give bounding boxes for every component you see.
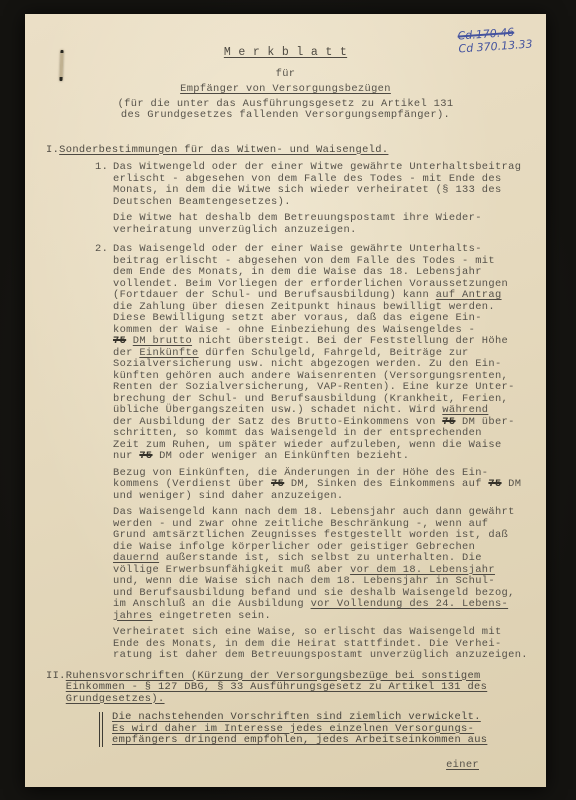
document-page: Cd.170.46 Cd 370.13.33 M e r k b l a t t… xyxy=(25,14,546,787)
text-run: und Berufsausbildung befand und sie desh… xyxy=(113,587,515,599)
text-line: Sonderbestimmungen für das Witwen- und W… xyxy=(59,145,546,157)
paragraph: Das Waisengeld kann nach dem 18. Lebensj… xyxy=(113,507,546,622)
underlined-text: empfängers dringend empfohlen, jedes Arb… xyxy=(112,734,487,746)
text-run: Das Waisengeld kann nach dem 18. Lebensj… xyxy=(113,506,515,518)
text-run: Renten der Sozialversicherung, VAP-Rente… xyxy=(113,381,515,393)
title-recipients-line: Empfänger von Versorgungsbezügen xyxy=(180,83,391,95)
text-run: DM, Sinken des Einkommens auf xyxy=(284,478,488,490)
overstruck-amount: 75 xyxy=(139,450,152,462)
text-run: Die Witwe hat deshalb dem Betreuungspost… xyxy=(113,212,482,224)
document-title: M e r k b l a t t xyxy=(224,46,347,59)
underlined-text: einer xyxy=(446,759,479,771)
text-run: Zeit zum Ruhen, um später wieder aufzule… xyxy=(113,439,502,451)
text-line: ratung ist daher dem Betreuungspostamt u… xyxy=(113,650,546,662)
text-line: Grundgesetzes). xyxy=(66,694,546,706)
underlined-text: DM brutto xyxy=(133,335,192,347)
text-run: schritten, so kommt das Waisengeld in de… xyxy=(113,427,482,439)
text-line: empfängers dringend empfohlen, jedes Arb… xyxy=(112,735,546,747)
title-line-fuer: für xyxy=(25,69,546,81)
text-run xyxy=(126,335,133,347)
text-run: brechung der Schul- und Berufsausbildung… xyxy=(113,393,508,405)
paragraph: Bezug von Einkünften, die Änderungen in … xyxy=(113,468,546,503)
section-heading-text: Ruhensvorschriften (Kürzung der Versorgu… xyxy=(66,671,546,706)
text-run: beitrag erlischt - abgesehen von dem Fal… xyxy=(113,255,495,267)
section-heading: II.Ruhensvorschriften (Kürzung der Verso… xyxy=(25,671,546,706)
text-run: und, wenn die Waise sich nach dem 18. Le… xyxy=(113,575,495,587)
text-run: künften gehören auch andere Waisenrenten… xyxy=(113,370,508,382)
text-run: Monats, in dem die Witwe sich wieder ver… xyxy=(113,184,502,196)
text-run: der xyxy=(113,347,139,359)
text-run: erlischt - abgesehen von dem Falle des T… xyxy=(113,173,502,185)
text-run: eingetreten sein. xyxy=(153,610,272,622)
document-header: M e r k b l a t t für Empfänger von Vers… xyxy=(25,47,546,122)
text-run: vollendet. Beim Vorliegen der erforderli… xyxy=(113,278,508,290)
text-run: dem Ende des Monats, in dem die Waise da… xyxy=(113,266,482,278)
text-run: übliche Übergangszeiten usw.) schadet ni… xyxy=(113,404,442,416)
text-run: nur xyxy=(113,450,139,462)
text-line: jahres eingetreten sein. xyxy=(113,611,546,623)
document-content: M e r k b l a t t für Empfänger von Vers… xyxy=(25,14,546,771)
text-run: (Fortdauer der Schul- und Berufsausbildu… xyxy=(113,289,436,301)
paragraph: Verheiratet sich eine Waise, so erlischt… xyxy=(113,627,546,662)
underlined-text: jahres xyxy=(113,610,153,622)
text-run: Das Waisengeld oder der einer Waise gewä… xyxy=(113,243,482,255)
text-run: der Ausbildung der Satz des Brutto-Einko… xyxy=(113,416,442,428)
text-line: und weniger) sind daher anzuzeigen. xyxy=(113,491,546,503)
paragraph: Das Witwengeld oder der einer Witwe gewä… xyxy=(113,162,546,208)
text-run: im Anschluß an die Ausbildung xyxy=(113,598,311,610)
text-run: Ende des Monats, in dem die Heirat statt… xyxy=(113,638,502,650)
underlined-text: dauernd xyxy=(113,552,159,564)
emphasized-notice-block: Die nachstehenden Vorschriften sind ziem… xyxy=(99,712,546,747)
text-run: DM oder weniger an Einkünften bezieht. xyxy=(153,450,410,462)
text-run: ratung ist daher dem Betreuungspostamt u… xyxy=(113,649,528,661)
scan-background: Cd.170.46 Cd 370.13.33 M e r k b l a t t… xyxy=(0,0,576,800)
text-run: DM xyxy=(502,478,522,490)
item-body: Das Witwengeld oder der einer Witwe gewä… xyxy=(113,162,546,236)
item-number: 1. xyxy=(95,162,113,236)
text-run: dürfen Schulgeld, Fahrgeld, Beiträge zur xyxy=(199,347,469,359)
text-run: Bezug von Einkünften, die Änderungen in … xyxy=(113,467,488,479)
text-run: völlige Erwerbsunfähigkeit muß aber xyxy=(113,564,350,576)
text-line: Deutschen Beamtengesetzes). xyxy=(113,197,546,209)
text-run: werden - und zwar ohne zeitliche Beschrä… xyxy=(113,518,488,530)
text-run: Diese Bewilligung setzt aber voraus, daß… xyxy=(113,312,482,324)
text-run: Das Witwengeld oder der einer Witwe gewä… xyxy=(113,161,521,173)
numbered-item: 2.Das Waisengeld oder der einer Waise ge… xyxy=(95,244,546,662)
text-run: die Zahlung über diesen Zeitpunkt hinaus… xyxy=(113,301,495,313)
overstruck-amount: 75 xyxy=(113,335,126,347)
text-line: einer xyxy=(25,760,479,772)
underlined-text: vor dem 18. Lebensjahr xyxy=(350,564,495,576)
overstruck-amount: 75 xyxy=(442,416,455,428)
text-line: verheiratung unverzüglich anzuzeigen. xyxy=(113,225,546,237)
title-subtitle-line-2: des Grundgesetzes fallenden Versorgungse… xyxy=(25,110,546,122)
paragraph: Die Witwe hat deshalb dem Betreuungspost… xyxy=(113,213,546,236)
text-run: DM über- xyxy=(455,416,514,428)
section-numeral: II. xyxy=(25,671,66,706)
text-run: nicht übersteigt. Bei der Feststellung d… xyxy=(192,335,508,347)
text-run: die Waise infolge körperlicher oder geis… xyxy=(113,541,475,553)
underlined-text: Die nachstehenden Vorschriften sind ziem… xyxy=(112,711,481,723)
section-heading: I.Sonderbestimmungen für das Witwen- und… xyxy=(25,145,546,157)
text-run: Deutschen Beamtengesetzes). xyxy=(113,196,291,208)
numbered-item: 1.Das Witwengeld oder der einer Witwe ge… xyxy=(95,162,546,236)
item-number: 2. xyxy=(95,244,113,662)
underlined-text: Sonderbestimmungen für das Witwen- und W… xyxy=(59,144,388,156)
catchword: einer xyxy=(25,760,546,772)
item-body: Das Waisengeld oder der einer Waise gewä… xyxy=(113,244,546,662)
section-heading-text: Sonderbestimmungen für das Witwen- und W… xyxy=(59,145,546,157)
text-run: Verheiratet sich eine Waise, so erlischt… xyxy=(113,626,502,638)
underlined-text: vor Vollendung des 24. Lebens- xyxy=(311,598,509,610)
underlined-text: Einkünfte xyxy=(139,347,198,359)
underlined-text: auf Antrag xyxy=(436,289,502,301)
overstruck-amount: 75 xyxy=(488,478,501,490)
text-run: verheiratung unverzüglich anzuzeigen. xyxy=(113,224,357,236)
paragraph: Das Waisengeld oder der einer Waise gewä… xyxy=(113,244,546,463)
text-run: Sozialversicherung usw. nicht abgezogen … xyxy=(113,358,502,370)
underlined-text: Einkommen - § 127 DBG, § 33 Ausführungsg… xyxy=(66,681,487,693)
text-line: nur 75 DM oder weniger an Einkünften bez… xyxy=(113,451,546,463)
underlined-text: Ruhensvorschriften (Kürzung der Versorgu… xyxy=(66,670,481,682)
section-numeral: I. xyxy=(25,145,59,157)
underlined-text: Es wird daher im Interesse jedes einzeln… xyxy=(112,723,474,735)
overstruck-amount: 75 xyxy=(271,478,284,490)
underlined-text: Grundgesetzes). xyxy=(66,693,165,705)
text-run: außerstande ist, sich selbst zu unterhal… xyxy=(159,552,482,564)
text-run: und weniger) sind daher anzuzeigen. xyxy=(113,490,344,502)
text-run: Grund amtsärztlichen Zeugnisses festgest… xyxy=(113,529,508,541)
text-run: kommens (Verdienst über xyxy=(113,478,271,490)
underlined-text: während xyxy=(442,404,488,416)
document-body: I.Sonderbestimmungen für das Witwen- und… xyxy=(25,145,546,772)
text-run: kommen der Waise - ohne Einbeziehung des… xyxy=(113,324,475,336)
